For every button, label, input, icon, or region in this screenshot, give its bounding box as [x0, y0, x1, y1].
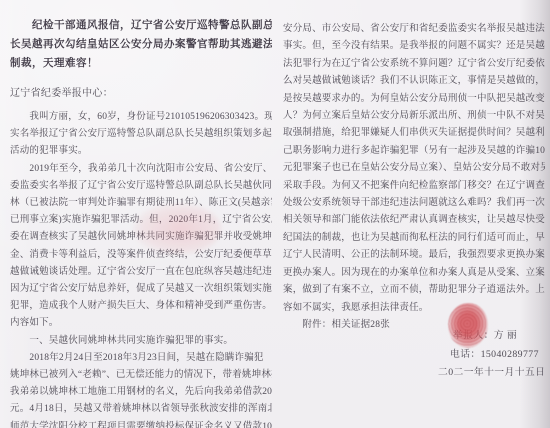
text-line: 么对吴越做诫勉谈话？我们不认识陈正文，事情是吴越做的，钱也: [283, 73, 545, 90]
text-line: 犯罪，造成我个人财产损失巨大、身体和精神受到严重伤害。具体: [10, 298, 272, 315]
text-line: 取强制措施，给犯罪嫌疑人们串供灭失证据提供时间？吴越利用自: [283, 125, 545, 142]
text-line: 2018年2月24日至2018年3月23日间，吴越在隐瞒诈骗犯: [10, 350, 272, 367]
text-line: 长吴越再次勾结皇姑区公安分局办案警官帮助其逃避法律: [10, 35, 272, 54]
letter-page-right: 安分局、市公安局、省公安厅和省纪委监委实名举报吴越违法犯罪事实。但，至今没有结果…: [283, 21, 545, 334]
letter-title: 纪检干部通风报信，辽宁省公安厅巡特警总队副总队长吴越再次勾结皇姑区公安分局办案警…: [10, 16, 272, 73]
text-line: 更换办案人。因为现在的办案单位和办案人真是从受案、立案、侦: [283, 265, 545, 282]
text-line: 林（已被法院一审判处诈骗罪有期徒刑11年）、陈正文(吴越亲家、: [10, 195, 272, 212]
fingerprint-stamp: [448, 303, 488, 348]
text-line: 活动的犯罪事实。: [10, 143, 272, 160]
text-line: 安分局、市公安局、省公安厅和省纪委监委实名举报吴越违法犯罪: [283, 21, 545, 38]
text-line: 金、消费卡等利益后，没等案件侦查终结，公安厅纪委便草草对吴: [10, 247, 272, 264]
letter-body-left: 我叫方丽，女，60岁，身份证号210105196206303423。现在我实名举…: [10, 109, 272, 428]
text-line: 相关领导和部门能依法依纪严肃认真调查核实，让吴越尽快受到党: [283, 212, 545, 229]
date-line: 二0二一年十一月十五日: [438, 364, 550, 383]
text-line: 元。4月18日，吴越又带着姚坤林以省领导张秋波安排的浑南北京: [10, 401, 272, 418]
text-line: 法犯罪行为在辽宁省公安系统不算问题？辽宁省公安厅纪委依据什: [283, 56, 545, 73]
text-line: 是按吴越要求办的。为何皇姑公安分局刑侦一中队把吴越改变成证: [283, 91, 545, 108]
fingerprint-smudge: [133, 203, 221, 255]
text-line: 姚坤林已被列入“老赖”、已无偿还能力的情况下，带着姚坤林找到: [10, 367, 272, 384]
phone-line: 电话：15040289777: [438, 346, 550, 365]
salutation-line: 辽宁省纪委举报中心：: [10, 85, 272, 102]
text-line: 纪国法的制裁，也让为吴越而徇私枉法的同行们适可而止，早日还: [283, 230, 545, 247]
scanned-complaint-letter: 纪检干部通风报信，辽宁省公安厅巡特警总队副总队长吴越再次勾结皇姑区公安分局办案警…: [0, 0, 550, 428]
text-line: 师范大学沈阳分校工程项目需要缴纳投标保证金名义又借款105万: [10, 419, 272, 428]
text-line: 辽宁人民清明、公正的法制环境。最后，我强烈要求更换办案单位、: [283, 247, 545, 264]
text-line: 采取手段。为何又不把案件向纪检监察部门移交？在辽宁调查一个: [283, 178, 545, 195]
text-line: 人？为何立案后皇姑公安分局新乐派出所、刑侦一中队不对吴越采: [283, 108, 545, 125]
text-line: 我弟弟以姚坤林工地施工用钢材的名义，先后向我弟弟借款200万: [10, 384, 272, 401]
text-line: 元犯罪案子也已在皇姑公安分局立案）、皇姑公安分局不敢对吴越: [283, 160, 545, 177]
text-line: 一、吴越伙同姚坤林共同实施诈骗犯罪的事实。: [10, 333, 272, 350]
text-line: 案，做到了有案不立，立而不侦，帮助犯罪分子逍遥法外。上述内: [283, 282, 545, 299]
text-line: 己职务影响力进行多起诈骗犯罪（另有一起涉及吴越的诈骗1000万: [283, 143, 545, 160]
text-line: 事实。但，至今没有结果。是我举报的问题不属实？还是吴越的违: [283, 38, 545, 55]
text-line: 纪检干部通风报信，辽宁省公安厅巡特警总队副总队: [10, 16, 272, 35]
text-line: 容如不属实，我愿承担法律责任。: [283, 300, 545, 317]
text-line: 因为辽宁省公安厅姑息养奸，促成了吴越又一次组织策划实施诈骗: [10, 281, 272, 298]
text-line: 实名举报辽宁省公安厅巡特警总队副总队长吴越组织策划多起诈骗: [10, 126, 272, 143]
text-line: 制裁，天理难容！: [10, 54, 272, 73]
text-line: 处级公安系统领导干部违纪违法问题就这么难吗？我们再一次恳求: [283, 195, 545, 212]
letter-body-right: 安分局、市公安局、省公安厅和省纪委监委实名举报吴越违法犯罪事实。但，至今没有结果…: [283, 21, 545, 334]
text-line: 内容如下。: [10, 315, 272, 332]
text-line: 委监委实名举报了辽宁省公安厅巡特警总队副总队长吴越伙同姚坤: [10, 178, 272, 195]
text-line: 越做诫勉谈话处理。辽宁省公安厅一直在包庇纵容吴越违纪违法。: [10, 264, 272, 281]
text-line: 2019年至今，我弟弟几十次向沈阳市公安局、省公安厅、省纪: [10, 161, 272, 178]
text-line: 我叫方丽，女，60岁，身份证号210105196206303423。现在我: [10, 109, 272, 126]
